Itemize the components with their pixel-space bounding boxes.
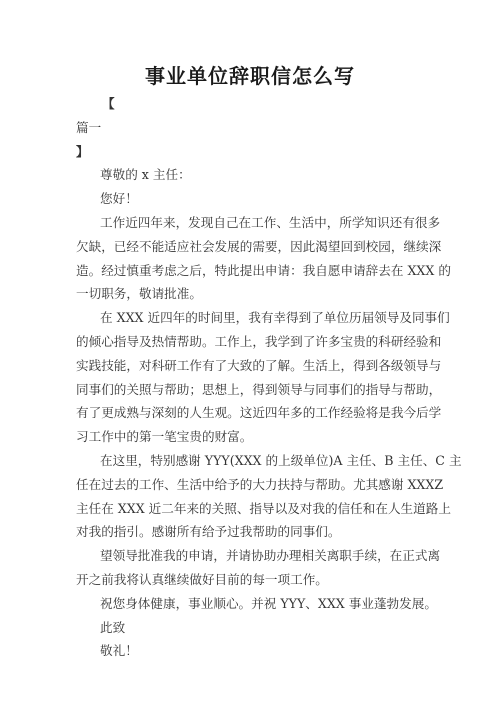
paragraph-line: 在这里，特别感谢 YYY(XXX 的上级单位)A 主任、B 主任、C 主 <box>76 449 432 473</box>
paragraph-line: 习工作中的第一笔宝贵的财富。 <box>76 425 432 449</box>
paragraph-1: 工作近四年来，发现自己在工作、生活中，所学知识还有很多 欠缺，已经不能适应社会发… <box>76 211 432 306</box>
paragraph-line: 开之前我将认真继续做好目前的每一项工作。 <box>76 568 432 592</box>
paragraph-line: 在 XXX 近四年的时间里，我有幸得到了单位历届领导及同事们 <box>76 306 432 330</box>
paragraph-line: 对我的指引。感谢所有给予过我帮助的同事们。 <box>76 520 432 544</box>
paragraph-2: 在 XXX 近四年的时间里，我有幸得到了单位历届领导及同事们 的倾心指导及热情帮… <box>76 306 432 449</box>
closing-line-2: 敬礼！ <box>76 639 432 663</box>
paragraph-line: 欠缺，已经不能适应社会发展的需要，因此渴望回到校园，继续深 <box>76 235 432 259</box>
salutation: 尊敬的 x 主任： <box>76 163 432 187</box>
paragraph-line: 实践技能，对科研工作有了大致的了解。生活上，得到各级领导与 <box>76 354 432 378</box>
section-close-bracket: 】 <box>76 140 432 164</box>
paragraph-line: 主任在 XXX 近二年来的关照、指导以及对我的信任和在人生道路上 <box>76 497 432 521</box>
paragraph-line: 造。经过慎重考虑之后，特此提出申请：我自愿申请辞去在 XXX 的 <box>76 259 432 283</box>
closing-line-1: 此致 <box>76 616 432 640</box>
greeting: 您好！ <box>76 187 432 211</box>
paragraph-line: 有了更成熟与深刻的人生观。这近四年多的工作经验将是我今后学 <box>76 401 432 425</box>
paragraph-line: 望领导批准我的申请，并请协助办理相关离职手续，在正式离 <box>76 544 432 568</box>
letter-body: 【 篇一 】 尊敬的 x 主任： 您好！ 工作近四年来，发现自己在工作、生活中，… <box>76 92 432 663</box>
paragraph-line: 一切职务，敬请批准。 <box>76 282 432 306</box>
paragraph-line: 的倾心指导及热情帮助。工作上，我学到了许多宝贵的科研经验和 <box>76 330 432 354</box>
paragraph-line: 同事们的关照与帮助；思想上，得到领导与同事们的指导与帮助， <box>76 378 432 402</box>
section-label: 篇一 <box>76 116 432 140</box>
wishes: 祝您身体健康，事业顺心。并祝 YYY、XXX 事业蓬勃发展。 <box>76 592 432 616</box>
document-page: 事业单位辞职信怎么写 【 篇一 】 尊敬的 x 主任： 您好！ 工作近四年来，发… <box>0 0 500 708</box>
document-title: 事业单位辞职信怎么写 <box>0 60 500 89</box>
paragraph-4: 望领导批准我的申请，并请协助办理相关离职手续，在正式离 开之前我将认真继续做好目… <box>76 544 432 592</box>
section-open-bracket: 【 <box>76 92 432 116</box>
paragraph-line: 任在过去的工作、生活中给予的大力扶持与帮助。尤其感谢 XXXZ <box>76 473 432 497</box>
paragraph-line: 工作近四年来，发现自己在工作、生活中，所学知识还有很多 <box>76 211 432 235</box>
paragraph-3: 在这里，特别感谢 YYY(XXX 的上级单位)A 主任、B 主任、C 主 任在过… <box>76 449 432 544</box>
